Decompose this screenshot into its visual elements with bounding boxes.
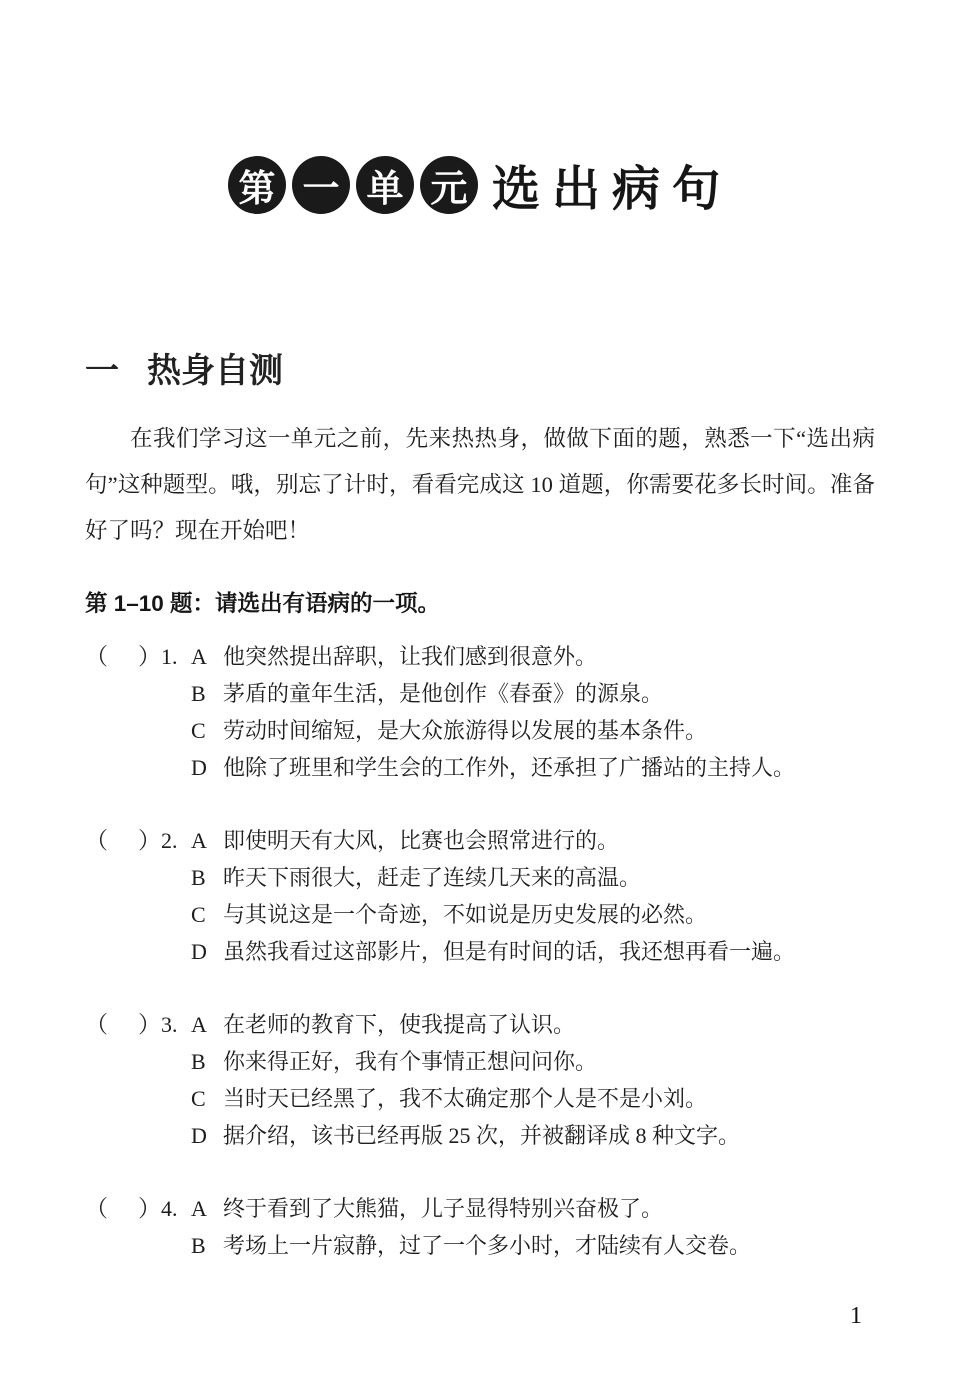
answer-blank: （） <box>85 1190 161 1227</box>
answer-blank-spacer <box>85 675 161 712</box>
close-paren: ） <box>138 638 161 675</box>
question-number <box>161 859 191 896</box>
option-text: 虽然我看过这部影片，但是有时间的话，我还想再看一遍。 <box>223 933 875 970</box>
close-paren: ） <box>138 822 161 859</box>
question-list: （）1.A他突然提出辞职，让我们感到很意外。B茅盾的童年生活，是他创作《春蚕》的… <box>85 638 875 1264</box>
answer-blank: （） <box>85 1006 161 1043</box>
answer-blank-spacer <box>85 896 161 933</box>
question-number: 3. <box>161 1006 191 1043</box>
question-option-row: C劳动时间缩短，是大众旅游得以发展的基本条件。 <box>85 712 875 749</box>
answer-blank-spacer <box>85 712 161 749</box>
answer-blank-spacer <box>85 933 161 970</box>
open-paren: （ <box>85 638 108 675</box>
unit-title-text: 选出病句 <box>492 150 732 219</box>
option-letter: D <box>191 1117 223 1154</box>
option-letter: C <box>191 896 223 933</box>
question-number <box>161 712 191 749</box>
option-text: 终于看到了大熊猫，儿子显得特别兴奋极了。 <box>223 1190 875 1227</box>
open-paren: （ <box>85 1190 108 1227</box>
option-text: 即使明天有大风，比赛也会照常进行的。 <box>223 822 875 859</box>
option-letter: C <box>191 712 223 749</box>
answer-blank-spacer <box>85 1043 161 1080</box>
question-number <box>161 1117 191 1154</box>
option-letter: A <box>191 822 223 859</box>
unit-title-circle: 第 <box>228 156 286 214</box>
answer-blank: （） <box>85 822 161 859</box>
unit-title-circle-badges: 第一单元 <box>228 156 478 214</box>
open-paren: （ <box>85 1006 108 1043</box>
answer-blank-spacer <box>85 1117 161 1154</box>
question-number <box>161 933 191 970</box>
question-option-row: （）2.A即使明天有大风，比赛也会照常进行的。 <box>85 822 875 859</box>
option-text: 他突然提出辞职，让我们感到很意外。 <box>223 638 875 675</box>
question-option-row: B你来得正好，我有个事情正想问问你。 <box>85 1043 875 1080</box>
answer-blank-spacer <box>85 749 161 786</box>
question-option-row: B考场上一片寂静，过了一个多小时，才陆续有人交卷。 <box>85 1227 875 1264</box>
option-letter: A <box>191 1190 223 1227</box>
question-option-row: D据介绍，该书已经再版 25 次，并被翻译成 8 种文字。 <box>85 1117 875 1154</box>
option-letter: D <box>191 933 223 970</box>
unit-title-circle: 一 <box>292 156 350 214</box>
question-option-row: B昨天下雨很大，赶走了连续几天来的高温。 <box>85 859 875 896</box>
question-set-instruction: 第 1–10 题：请选出有语病的一项。 <box>85 586 875 618</box>
question-option-row: C当时天已经黑了，我不太确定那个人是不是小刘。 <box>85 1080 875 1117</box>
unit-title: 第一单元 选出病句 <box>85 150 875 219</box>
workbook-page: 第一单元 选出病句 一 热身自测 在我们学习这一单元之前，先来热热身，做做下面的… <box>0 0 960 1388</box>
question-number <box>161 749 191 786</box>
question-number <box>161 1043 191 1080</box>
option-text: 在老师的教育下，使我提高了认识。 <box>223 1006 875 1043</box>
option-text: 你来得正好，我有个事情正想问问你。 <box>223 1043 875 1080</box>
question-number <box>161 675 191 712</box>
option-text: 昨天下雨很大，赶走了连续几天来的高温。 <box>223 859 875 896</box>
option-text: 考场上一片寂静，过了一个多小时，才陆续有人交卷。 <box>223 1227 875 1264</box>
option-letter: D <box>191 749 223 786</box>
option-letter: A <box>191 638 223 675</box>
page-number: 1 <box>850 1303 862 1330</box>
option-letter: B <box>191 1043 223 1080</box>
question: （）1.A他突然提出辞职，让我们感到很意外。B茅盾的童年生活，是他创作《春蚕》的… <box>85 638 875 786</box>
question-number <box>161 1080 191 1117</box>
question-option-row: （）4.A终于看到了大熊猫，儿子显得特别兴奋极了。 <box>85 1190 875 1227</box>
option-text: 当时天已经黑了，我不太确定那个人是不是小刘。 <box>223 1080 875 1117</box>
section-number: 一 <box>85 343 119 392</box>
question-option-row: C与其说这是一个奇迹，不如说是历史发展的必然。 <box>85 896 875 933</box>
option-letter: A <box>191 1006 223 1043</box>
option-letter: B <box>191 859 223 896</box>
question: （）2.A即使明天有大风，比赛也会照常进行的。B昨天下雨很大，赶走了连续几天来的… <box>85 822 875 970</box>
answer-blank-spacer <box>85 859 161 896</box>
close-paren: ） <box>138 1006 161 1043</box>
option-letter: B <box>191 675 223 712</box>
unit-title-circle: 单 <box>356 156 414 214</box>
question-option-row: D他除了班里和学生会的工作外，还承担了广播站的主持人。 <box>85 749 875 786</box>
question-number <box>161 896 191 933</box>
option-text: 他除了班里和学生会的工作外，还承担了广播站的主持人。 <box>223 749 875 786</box>
question: （）4.A终于看到了大熊猫，儿子显得特别兴奋极了。B考场上一片寂静，过了一个多小… <box>85 1190 875 1264</box>
open-paren: （ <box>85 822 108 859</box>
question-number <box>161 1227 191 1264</box>
question: （）3.A在老师的教育下，使我提高了认识。B你来得正好，我有个事情正想问问你。C… <box>85 1006 875 1154</box>
option-letter: C <box>191 1080 223 1117</box>
option-text: 茅盾的童年生活，是他创作《春蚕》的源泉。 <box>223 675 875 712</box>
section-label: 热身自测 <box>147 343 283 392</box>
question-option-row: B茅盾的童年生活，是他创作《春蚕》的源泉。 <box>85 675 875 712</box>
unit-title-circle: 元 <box>420 156 478 214</box>
question-option-row: （）3.A在老师的教育下，使我提高了认识。 <box>85 1006 875 1043</box>
option-text: 与其说这是一个奇迹，不如说是历史发展的必然。 <box>223 896 875 933</box>
question-number: 2. <box>161 822 191 859</box>
section-heading: 一 热身自测 <box>85 343 875 392</box>
option-text: 据介绍，该书已经再版 25 次，并被翻译成 8 种文字。 <box>223 1117 875 1154</box>
close-paren: ） <box>138 1190 161 1227</box>
intro-paragraph: 在我们学习这一单元之前，先来热热身，做做下面的题，熟悉一下“选出病句”这种题型。… <box>85 416 875 554</box>
question-number: 1. <box>161 638 191 675</box>
answer-blank-spacer <box>85 1227 161 1264</box>
option-letter: B <box>191 1227 223 1264</box>
answer-blank: （） <box>85 638 161 675</box>
question-option-row: （）1.A他突然提出辞职，让我们感到很意外。 <box>85 638 875 675</box>
question-option-row: D虽然我看过这部影片，但是有时间的话，我还想再看一遍。 <box>85 933 875 970</box>
option-text: 劳动时间缩短，是大众旅游得以发展的基本条件。 <box>223 712 875 749</box>
question-number: 4. <box>161 1190 191 1227</box>
answer-blank-spacer <box>85 1080 161 1117</box>
